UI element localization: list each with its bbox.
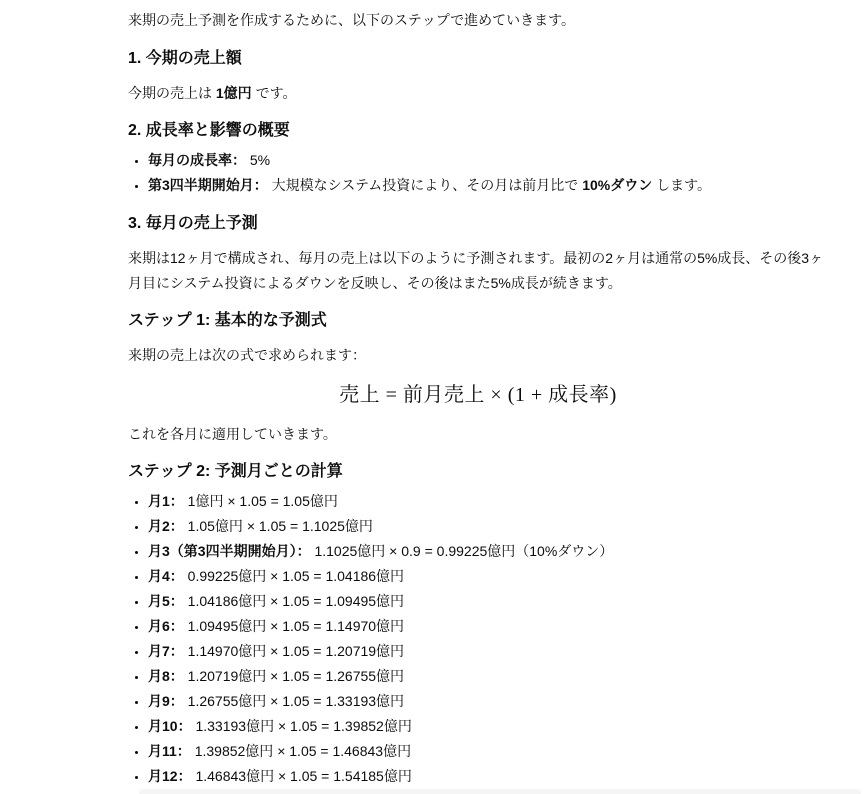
- month-label: 月6：: [148, 618, 184, 634]
- month-calc: 1.46843億円 × 1.05 = 1.54185億円: [192, 768, 412, 784]
- month-label: 月7：: [148, 643, 184, 659]
- table-top-edge: [139, 789, 861, 794]
- list-item-month-1: 月1： 1億円 × 1.05 = 1.05億円: [148, 489, 828, 514]
- month-calc: 1億円 × 1.05 = 1.05億円: [184, 493, 338, 509]
- month-calc: 1.1025億円 × 0.9 = 0.99225億円（10%ダウン）: [311, 543, 614, 559]
- month-label: 月1：: [148, 493, 184, 509]
- month-calc: 0.99225億円 × 1.05 = 1.04186億円: [184, 568, 404, 584]
- growth-bullet-list: 毎月の成長率： 5% 第3四半期開始月： 大規模なシステム投資により、その月は前…: [128, 148, 828, 198]
- month-label: 月4：: [148, 568, 184, 584]
- month-label: 月8：: [148, 668, 184, 684]
- sales-formula: 売上 = 前月売上 × (1 + 成長率): [339, 384, 617, 406]
- monthly-calculation-list: 月1： 1億円 × 1.05 = 1.05億円 月2： 1.05億円 × 1.0…: [128, 489, 828, 789]
- step1-after: これを各月に適用していきます。: [128, 422, 828, 447]
- list-item-month-2: 月2： 1.05億円 × 1.05 = 1.1025億円: [148, 514, 828, 539]
- list-item-month-9: 月9： 1.26755億円 × 1.05 = 1.33193億円: [148, 689, 828, 714]
- month-calc: 1.09495億円 × 1.05 = 1.14970億円: [184, 618, 404, 634]
- month-label: 月3（第3四半期開始月）：: [148, 543, 311, 559]
- list-item-month-6: 月6： 1.09495億円 × 1.05 = 1.14970億円: [148, 614, 828, 639]
- list-item-month-4: 月4： 0.99225億円 × 1.05 = 1.04186億円: [148, 564, 828, 589]
- list-item-month-10: 月10： 1.33193億円 × 1.05 = 1.39852億円: [148, 714, 828, 739]
- month-label: 月2：: [148, 518, 184, 534]
- list-item-growth-rate: 毎月の成長率： 5%: [148, 148, 828, 173]
- list-item-month-11: 月11： 1.39852億円 × 1.05 = 1.46843億円: [148, 739, 828, 764]
- month-calc: 1.20719億円 × 1.05 = 1.26755億円: [184, 668, 404, 684]
- formula-block: 売上 = 前月売上 × (1 + 成長率): [128, 378, 828, 412]
- current-sales-pre: 今期の売上は: [128, 85, 216, 101]
- list-item-month-8: 月8： 1.20719億円 × 1.05 = 1.26755億円: [148, 664, 828, 689]
- current-sales-paragraph: 今期の売上は 1億円 です。: [128, 81, 828, 106]
- month-calc: 1.26755億円 × 1.05 = 1.33193億円: [184, 693, 404, 709]
- heading-current-sales: 1. 今期の売上額: [128, 47, 828, 71]
- list-item-month-3: 月3（第3四半期開始月）： 1.1025億円 × 0.9 = 0.99225億円…: [148, 539, 828, 564]
- heading-monthly-forecast: 3. 毎月の売上予測: [128, 212, 828, 236]
- month-label: 月9：: [148, 693, 184, 709]
- month-label: 月10：: [148, 718, 192, 734]
- month-calc: 1.39852億円 × 1.05 = 1.46843億円: [191, 743, 411, 759]
- month-label: 月11：: [148, 743, 191, 759]
- heading-step2: ステップ 2: 予測月ごとの計算: [128, 460, 828, 484]
- month-calc: 1.05億円 × 1.05 = 1.1025億円: [184, 518, 373, 534]
- month-calc: 1.33193億円 × 1.05 = 1.39852億円: [192, 718, 412, 734]
- list-item-month-5: 月5： 1.04186億円 × 1.05 = 1.09495億円: [148, 589, 828, 614]
- month-calc: 1.04186億円 × 1.05 = 1.09495億円: [184, 593, 404, 609]
- growth-rate-value: 5%: [246, 152, 270, 168]
- list-item-month-7: 月7： 1.14970億円 × 1.05 = 1.20719億円: [148, 639, 828, 664]
- month-label: 月5：: [148, 593, 184, 609]
- q3-start-label: 第3四半期開始月：: [148, 177, 268, 193]
- current-sales-post: です。: [252, 85, 297, 101]
- heading-step1: ステップ 1: 基本的な予測式: [128, 309, 828, 333]
- q3-start-text: 大規模なシステム投資により、その月は前月比で: [268, 177, 582, 193]
- step1-lead: 来期の売上は次の式で求められます：: [128, 343, 828, 368]
- intro-paragraph: 来期の売上予測を作成するために、以下のステップで進めていきます。: [128, 8, 828, 33]
- list-item-month-12: 月12： 1.46843億円 × 1.05 = 1.54185億円: [148, 764, 828, 789]
- month-calc: 1.14970億円 × 1.05 = 1.20719億円: [184, 643, 404, 659]
- q3-down-highlight: 10%ダウン: [582, 177, 652, 193]
- current-sales-amount: 1億円: [216, 85, 252, 101]
- month-label: 月12：: [148, 768, 192, 784]
- list-item-q3-start: 第3四半期開始月： 大規模なシステム投資により、その月は前月比で 10%ダウン …: [148, 173, 828, 198]
- document-body: 来期の売上予測を作成するために、以下のステップで進めていきます。 1. 今期の売…: [0, 8, 868, 789]
- heading-growth-overview: 2. 成長率と影響の概要: [128, 119, 828, 143]
- growth-rate-label: 毎月の成長率：: [148, 152, 246, 168]
- forecast-paragraph: 来期は12ヶ月で構成され、毎月の売上は以下のように予測されます。最初の2ヶ月は通…: [128, 246, 828, 295]
